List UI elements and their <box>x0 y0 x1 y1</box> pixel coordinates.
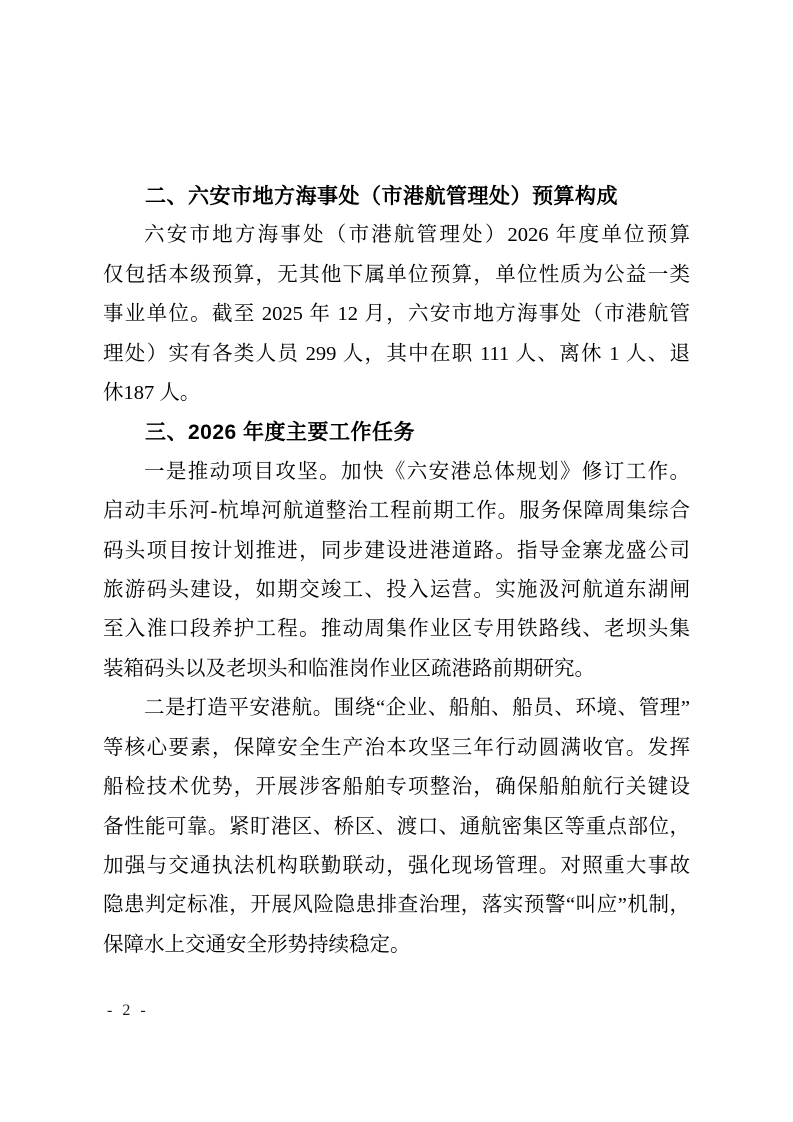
paragraph-line: 加强与交通执法机构联勤联动，强化现场管理。对照重大事故 <box>103 847 690 886</box>
document-page: 二、六安市地方海事处（市港航管理处）预算构成 六安市地方海事处（市港航管理处）2… <box>0 0 793 1122</box>
section-heading-main-tasks: 三、2026 年度主要工作任务 <box>103 413 690 452</box>
paragraph-line: 至入淮口段养护工程。推动周集作业区专用铁路线、老坝头集 <box>103 610 690 649</box>
paragraph-line: 事业单位。截至 2025 年 12 月，六安市地方海事处（市港航管 <box>103 295 690 334</box>
paragraph-line: 一是推动项目攻坚。加快《六安港总体规划》修订工作。 <box>103 453 690 492</box>
paragraph-line: 二是打造平安港航。围绕“企业、船舶、船员、环境、管理” <box>103 689 690 728</box>
paragraph-line: 备性能可靠。紧盯港区、桥区、渡口、通航密集区等重点部位， <box>103 808 690 847</box>
paragraph-line: 旅游码头建设，如期交竣工、投入运营。实施汲河航道东湖闸 <box>103 571 690 610</box>
paragraph-line: 启动丰乐河-杭埠河航道整治工程前期工作。服务保障周集综合 <box>103 492 690 531</box>
paragraph-line: 六安市地方海事处（市港航管理处）2026 年度单位预算 <box>103 216 690 255</box>
section-heading-budget-composition: 二、六安市地方海事处（市港航管理处）预算构成 <box>103 177 690 216</box>
paragraph-line: 仅包括本级预算，无其他下属单位预算，单位性质为公益一类 <box>103 256 690 295</box>
paragraph-line: 理处）实有各类人员 299 人，其中在职 111 人、离休 1 人、退 <box>103 335 690 374</box>
page-number: - 2 - <box>107 1002 149 1020</box>
paragraph-line: 隐患判定标准，开展风险隐患排查治理，落实预警“叫应”机制， <box>103 886 690 925</box>
paragraph-line: 保障水上交通安全形势持续稳定。 <box>103 926 690 965</box>
paragraph-line: 休187 人。 <box>103 374 690 413</box>
document-content: 二、六安市地方海事处（市港航管理处）预算构成 六安市地方海事处（市港航管理处）2… <box>103 177 690 965</box>
paragraph-line: 装箱码头以及老坝头和临淮岗作业区疏港路前期研究。 <box>103 650 690 689</box>
paragraph-line: 船检技术优势，开展涉客船舶专项整治，确保船舶航行关键设 <box>103 768 690 807</box>
paragraph-line: 等核心要素，保障安全生产治本攻坚三年行动圆满收官。发挥 <box>103 729 690 768</box>
paragraph-line: 码头项目按计划推进，同步建设进港道路。指导金寨龙盛公司 <box>103 532 690 571</box>
